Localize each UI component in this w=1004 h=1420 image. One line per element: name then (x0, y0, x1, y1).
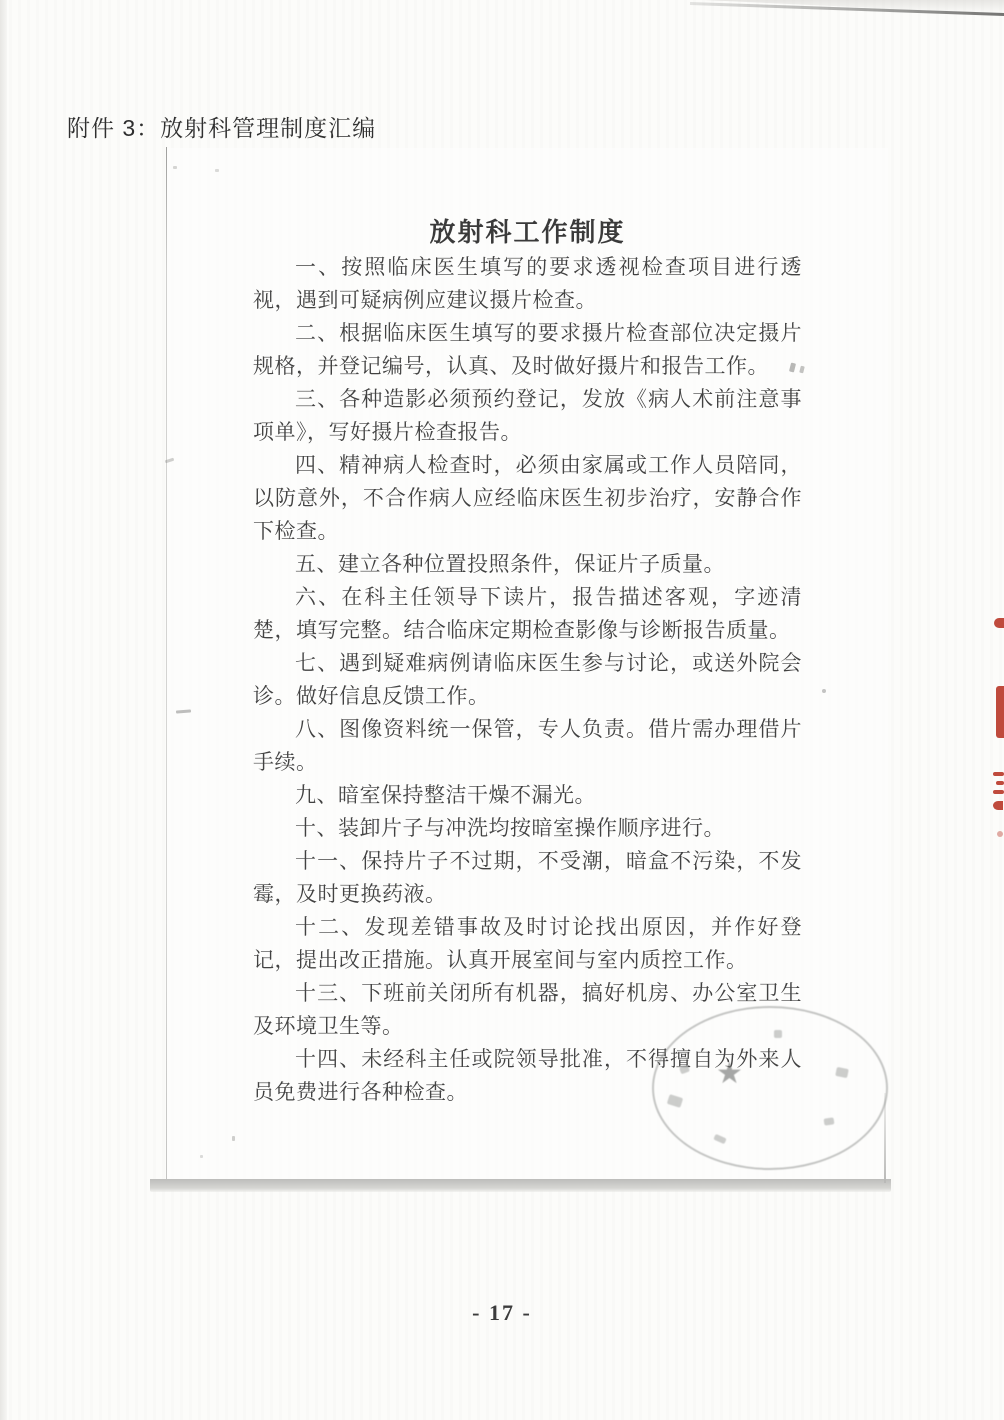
stamp-smudge (824, 1117, 835, 1125)
red-margin-mark (996, 686, 1004, 738)
rule-item: 五、建立各种位置投照条件，保证片子质量。 (253, 548, 802, 581)
rule-item: 一、按照临床医生填写的要求透视检查项目进行透视，遇到可疑病例应建议摄片检查。 (253, 251, 802, 317)
page-number: - 17 - (0, 1300, 1004, 1326)
document-title: 放射科工作制度 (253, 212, 802, 249)
rule-item: 三、各种造影必须预约登记，发放《病人术前注意事项单》，写好摄片检查报告。 (253, 383, 802, 449)
red-margin-mark (994, 618, 1004, 628)
scan-speck (232, 1136, 235, 1141)
inner-page-left-border (166, 147, 167, 1183)
stamp-smudge (713, 1134, 726, 1144)
stamp-smudge (667, 1094, 683, 1108)
stamp-star-icon: ★ (716, 1056, 743, 1091)
stamp-smudge (679, 1065, 690, 1075)
inner-page-bottom-shadow (150, 1179, 891, 1192)
scan-speck (173, 166, 177, 169)
red-margin-mark (993, 790, 1004, 794)
scanned-document-page: 附件 3：放射科管理制度汇编 ★ 放射科工作制度 一、按照临床医生填写的要求透视… (0, 0, 1004, 1420)
rule-item: 四、精神病人检查时，必须由家属或工作人员陪同，以防意外，不合作病人应经临床医生初… (253, 449, 802, 548)
official-round-stamp: ★ (652, 1006, 888, 1170)
attachment-header: 附件 3：放射科管理制度汇编 (67, 110, 376, 143)
red-margin-mark (993, 801, 1003, 810)
rule-item: 六、在科主任领导下读片，报告描述客观，字迹清楚，填写完整。结合临床定期检查影像与… (253, 581, 802, 647)
red-margin-mark (997, 831, 1003, 837)
rule-item: 八、图像资料统一保管，专人负责。借片需办理借片手续。 (253, 713, 802, 779)
scan-speck (822, 689, 826, 693)
scan-left-edge-shadow (0, 0, 7, 1420)
rule-item: 十二、发现差错事故及时讨论找出原因，并作好登记，提出改正措施。认真开展室间与室内… (253, 911, 802, 977)
stamp-smudge (835, 1067, 849, 1078)
rule-item: 二、根据临床医生填写的要求摄片检查部位决定摄片规格，并登记编号，认真、及时做好摄… (253, 317, 802, 383)
rule-item: 十一、保持片子不过期，不受潮，暗盒不污染，不发霉，及时更换药液。 (253, 845, 802, 911)
red-margin-mark (993, 772, 1004, 776)
stamp-smudge (774, 1030, 782, 1038)
rule-item: 七、遇到疑难病例请临床医生参与讨论，或送外院会诊。做好信息反馈工作。 (253, 647, 802, 713)
scan-speck (200, 1155, 203, 1158)
rule-item: 九、暗室保持整洁干燥不漏光。 (253, 779, 802, 812)
scan-speck (215, 169, 219, 172)
rule-item: 十、装卸片子与冲洗均按暗室操作顺序进行。 (253, 812, 802, 845)
red-margin-mark (996, 781, 1004, 785)
rules-list: 一、按照临床医生填写的要求透视检查项目进行透视，遇到可疑病例应建议摄片检查。 二… (253, 251, 802, 1109)
